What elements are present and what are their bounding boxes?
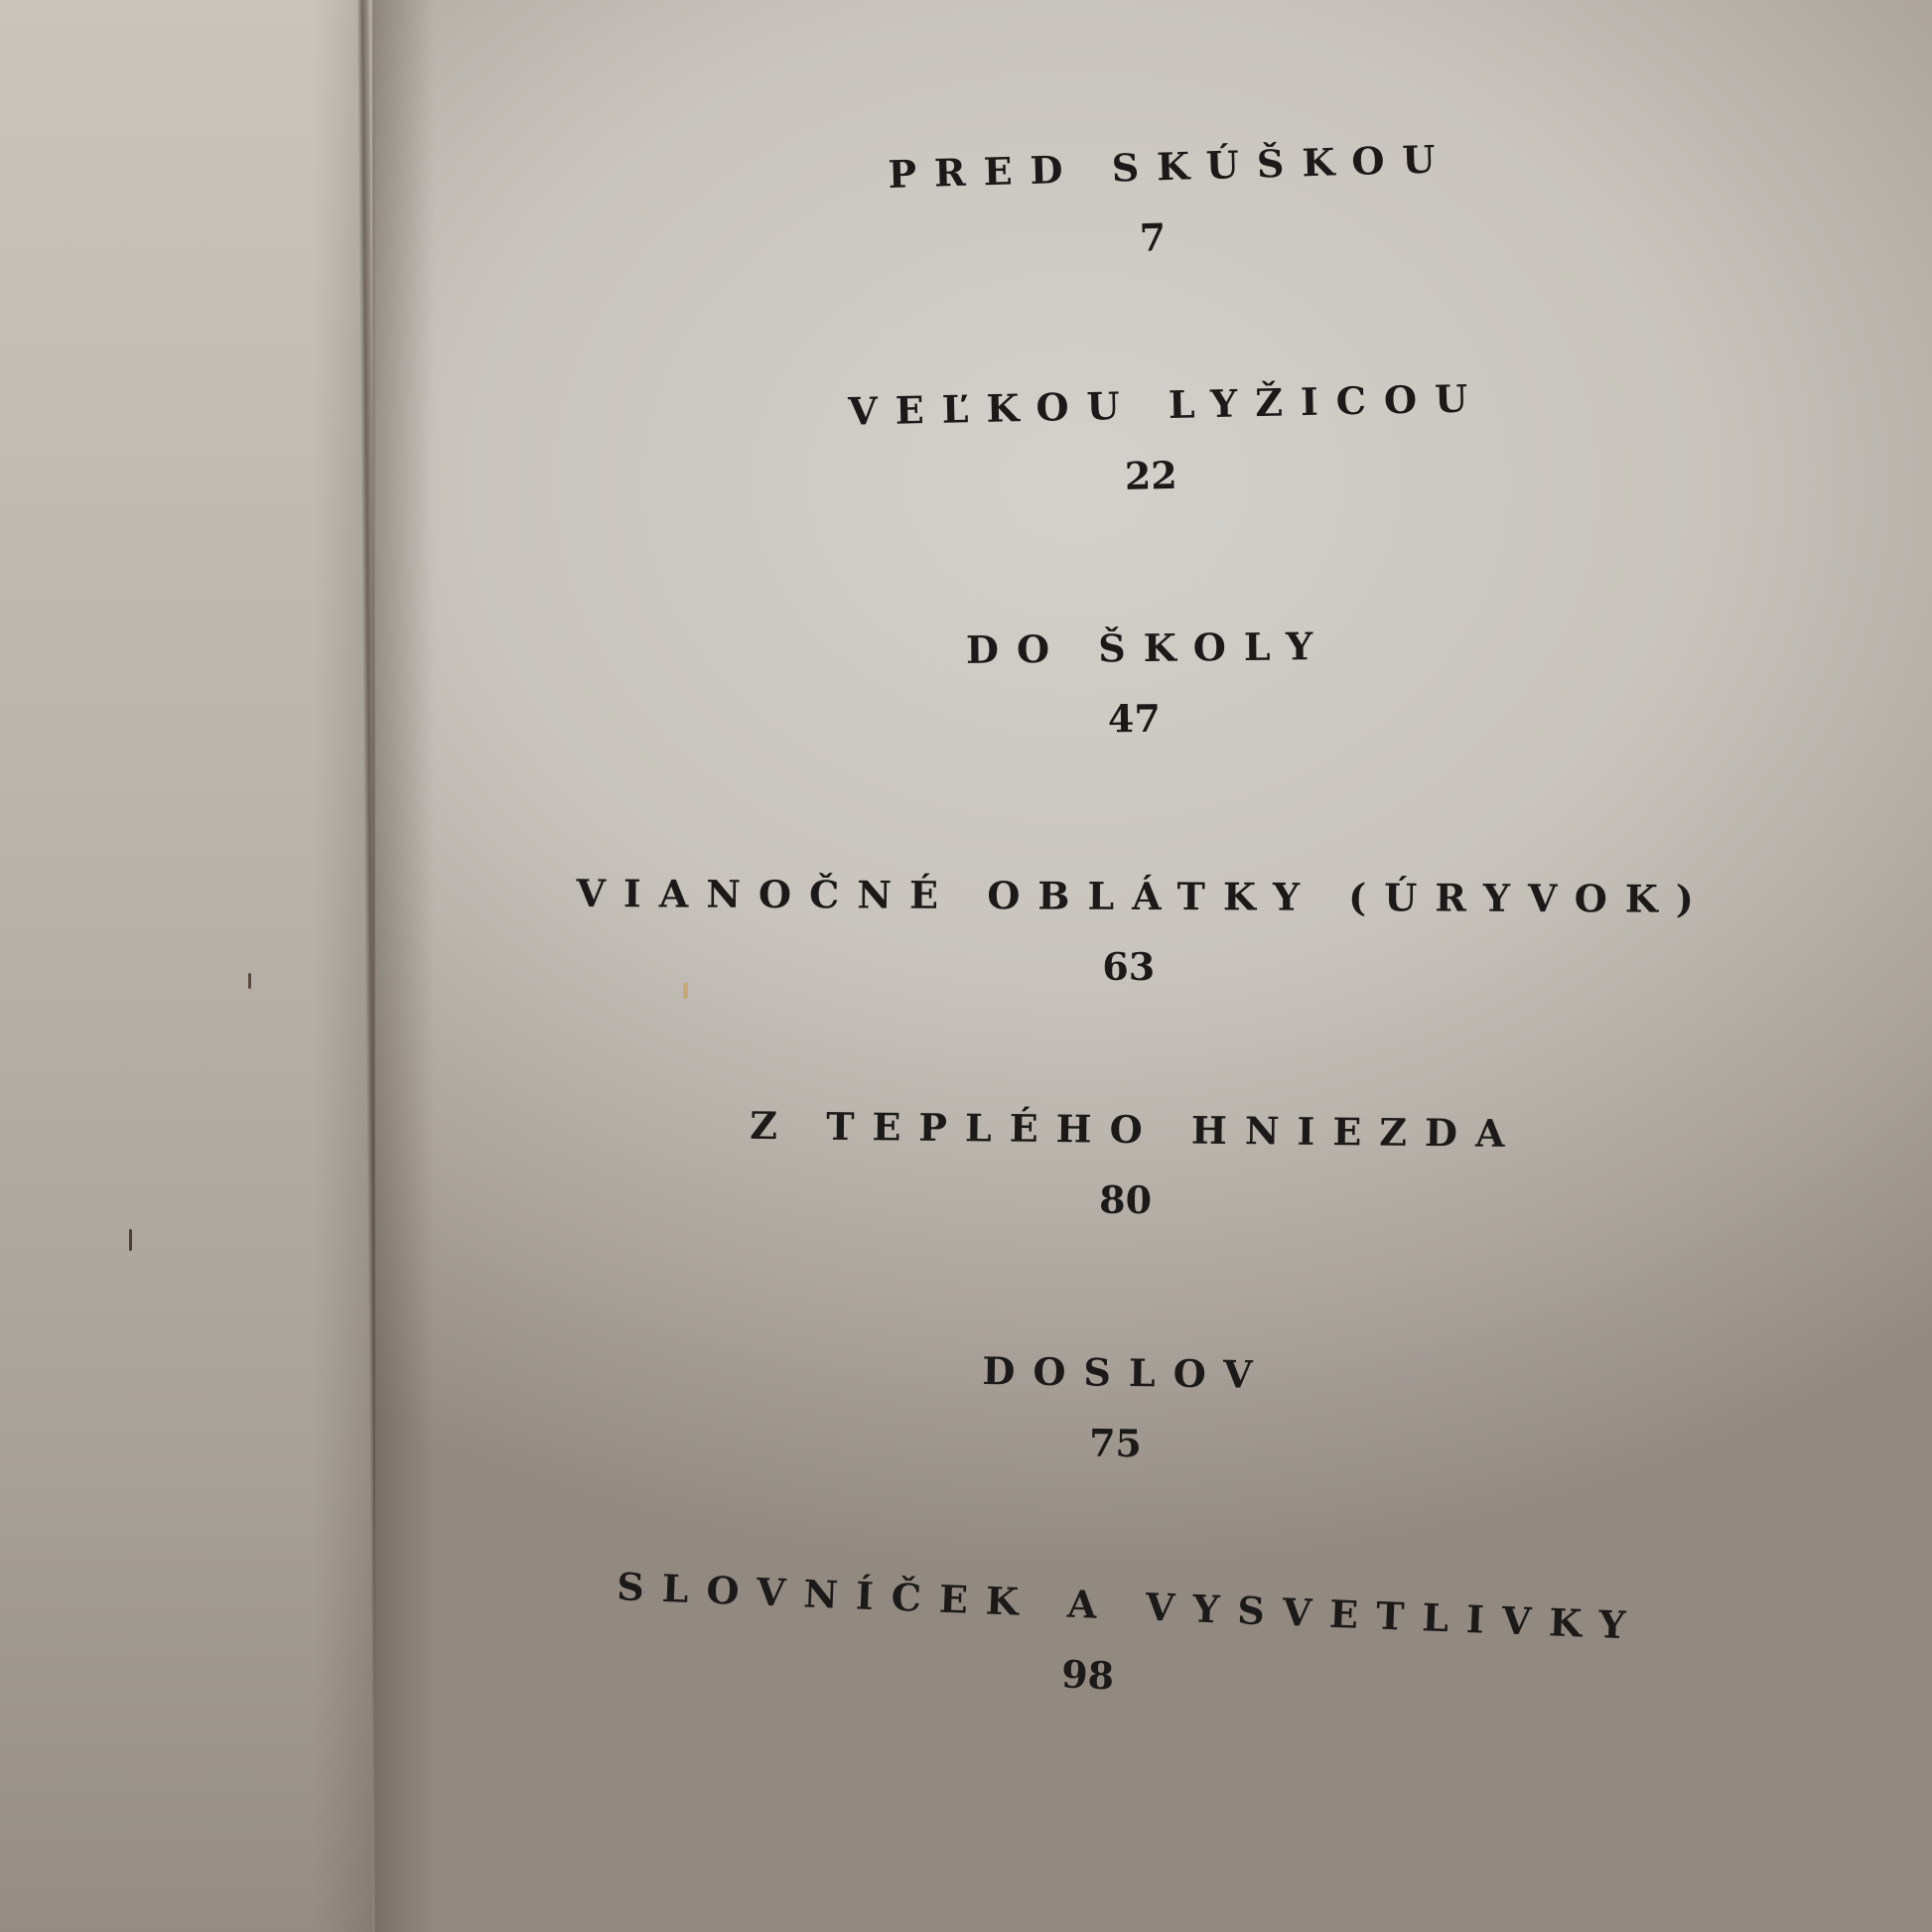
toc-entry: DOSLOV 75: [346, 1339, 1904, 1476]
toc-entry-page-number: 63: [336, 940, 1922, 993]
toc-entry-page-number: 7: [354, 193, 1932, 282]
toc-entry-page-number: 22: [354, 437, 1932, 515]
paper-speck: [248, 973, 251, 989]
toc-entry-page-number: 75: [327, 1410, 1903, 1476]
toc-entry-page-number: 47: [341, 688, 1927, 750]
toc-entry: VEĽKOU LYŽICOU 22: [388, 366, 1932, 514]
table-of-contents: PRED SKÚŠKOU 7 VEĽKOU LYŽICOU 22 DO ŠKOL…: [375, 0, 1932, 1932]
toc-entry: VIANOČNÉ OBLÁTKY (ÚRYVOK) 63: [365, 870, 1923, 993]
toc-entry: PRED SKÚŠKOU 7: [392, 122, 1932, 281]
toc-entry: SLOVNÍČEK A VYSVETLIVKY 98: [348, 1554, 1908, 1728]
toc-entry-title: Z TEPLÉHO HNIEZDA: [357, 1099, 1914, 1160]
toc-entry-title: PRED SKÚŠKOU: [392, 122, 1932, 210]
toc-entry-title: VEĽKOU LYŽICOU: [388, 366, 1932, 444]
toc-entry-title: VIANOČNÉ OBLÁTKY (ÚRYVOK): [365, 870, 1922, 922]
toc-entry-title: DO ŠKOLY: [369, 618, 1926, 678]
toc-entry-page-number: 80: [337, 1170, 1913, 1231]
paper-speck: [129, 1229, 132, 1251]
toc-entry: Z TEPLÉHO HNIEZDA 80: [356, 1099, 1914, 1230]
toc-entry: DO ŠKOLY 47: [369, 618, 1927, 749]
toc-entry-title: DOSLOV: [347, 1339, 1904, 1406]
